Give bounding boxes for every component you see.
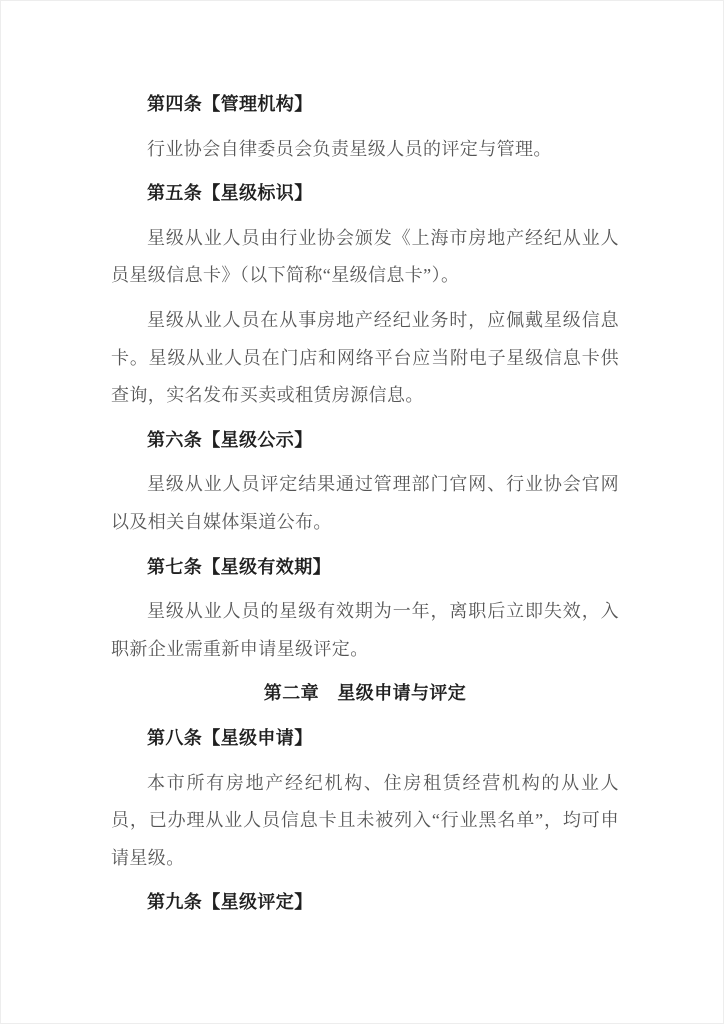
document-page: 第四条【管理机构】 行业协会自律委员会负责星级人员的评定与管理。 第五条【星级标… — [0, 0, 724, 1024]
article-5-heading: 第五条【星级标识】 — [111, 175, 619, 213]
article-8-heading: 第八条【星级申请】 — [111, 720, 619, 758]
article-4-body: 行业协会自律委员会负责星级人员的评定与管理。 — [111, 131, 619, 169]
article-9-heading: 第九条【星级评定】 — [111, 884, 619, 922]
chapter-2-heading: 第二章 星级申请与评定 — [111, 675, 619, 713]
article-6-body: 星级从业人员评定结果通过管理部门官网、行业协会官网以及相关自媒体渠道公布。 — [111, 466, 619, 541]
article-4-heading: 第四条【管理机构】 — [111, 86, 619, 124]
article-7-body: 星级从业人员的星级有效期为一年，离职后立即失效，入职新企业需重新申请星级评定。 — [111, 593, 619, 668]
article-6-heading: 第六条【星级公示】 — [111, 422, 619, 460]
article-7-heading: 第七条【星级有效期】 — [111, 549, 619, 587]
document-body: 第四条【管理机构】 行业协会自律委员会负责星级人员的评定与管理。 第五条【星级标… — [1, 1, 723, 922]
article-8-body: 本市所有房地产经纪机构、住房租赁经营机构的从业人员，已办理从业人员信息卡且未被列… — [111, 765, 619, 878]
article-5-body-1: 星级从业人员由行业协会颁发《上海市房地产经纪从业人员星级信息卡》（以下简称“星级… — [111, 220, 619, 295]
article-5-body-2: 星级从业人员在从事房地产经纪业务时，应佩戴星级信息卡。星级从业人员在门店和网络平… — [111, 302, 619, 415]
